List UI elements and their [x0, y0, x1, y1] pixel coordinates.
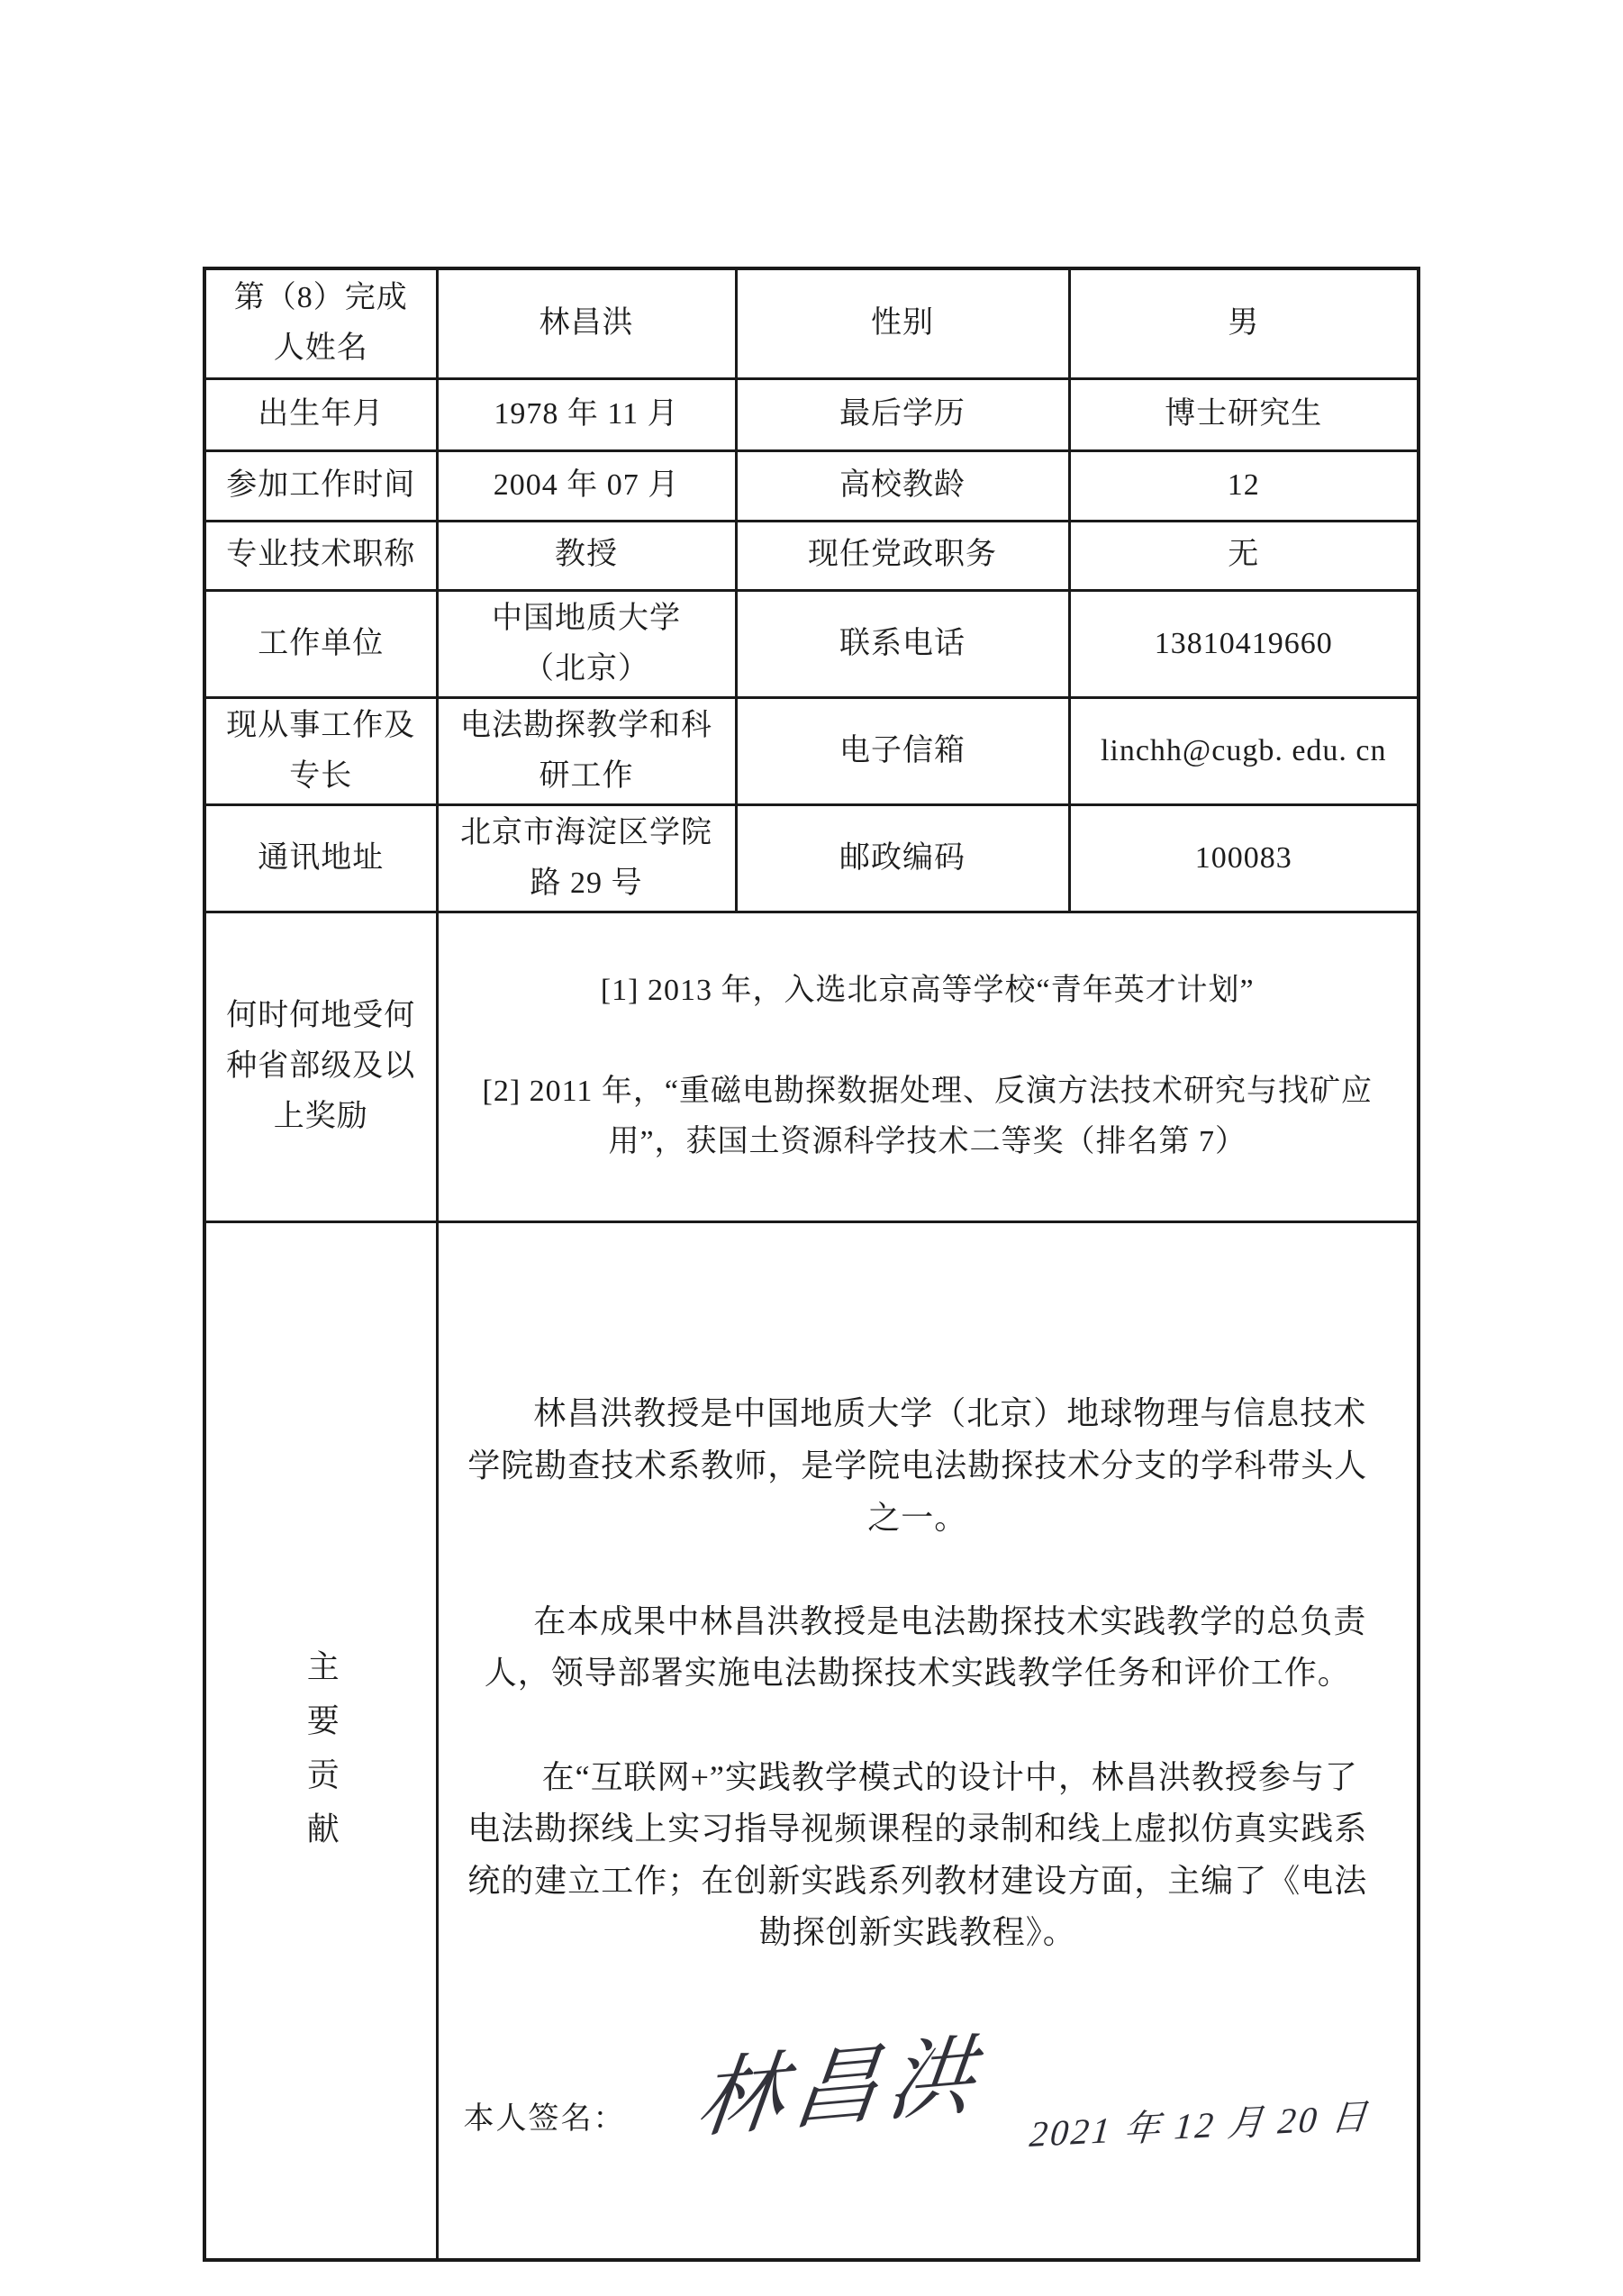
- main-contributions-label: 主要贡献: [204, 1221, 437, 2260]
- gender-label: 性别: [736, 268, 1069, 378]
- teaching-years-label: 高校教龄: [736, 450, 1069, 521]
- phone-label: 联系电话: [736, 590, 1069, 697]
- table-row: 通讯地址 北京市海淀区学院 路 29 号 邮政编码 100083: [204, 804, 1419, 912]
- gender-value: 男: [1069, 268, 1419, 378]
- professional-title-label: 专业技术职称: [204, 521, 437, 590]
- table-row: 出生年月 1978 年 11 月 最后学历 博士研究生: [204, 378, 1419, 450]
- table-row: 主要贡献 林昌洪教授是中国地质大学（北京）地球物理与信息技术学院勘查技术系教师，…: [204, 1221, 1419, 2260]
- contribution-paragraph: 在“互联网+”实践教学模式的设计中，林昌洪教授参与了电法勘探线上实习指导视频课程…: [464, 1752, 1373, 1959]
- email-label: 电子信箱: [736, 697, 1069, 804]
- awards-label: 何时何地受何 种省部级及以 上奖励: [204, 912, 437, 1222]
- table-row: 专业技术职称 教授 现任党政职务 无: [204, 521, 1419, 590]
- current-work-label: 现从事工作及 专长: [204, 697, 437, 804]
- postal-code-label: 邮政编码: [736, 804, 1069, 912]
- awards-content: [1] 2013 年，入选北京高等学校“青年英才计划” [2] 2011 年，“…: [437, 912, 1419, 1222]
- table-row: 参加工作时间 2004 年 07 月 高校教龄 12: [204, 450, 1419, 521]
- main-contributions-inner: 林昌洪教授是中国地质大学（北京）地球物理与信息技术学院勘查技术系教师，是学院电法…: [444, 1275, 1412, 2206]
- signature-row: 本人签名： 林昌洪 2021 年 12 月 20 日: [444, 2035, 1412, 2170]
- mailing-address-value: 北京市海淀区学院 路 29 号: [437, 804, 736, 912]
- birthdate-label: 出生年月: [204, 378, 437, 450]
- document-page: 第（8）完成 人姓名 林昌洪 性别 男 出生年月 1978 年 11 月 最后学…: [0, 0, 1623, 2296]
- contribution-paragraph: 在本成果中林昌洪教授是电法勘探技术实践教学的总负责人，领导部署实施电法勘探技术实…: [464, 1596, 1373, 1700]
- completer-name-label: 第（8）完成 人姓名: [204, 268, 437, 378]
- contribution-paragraphs: 林昌洪教授是中国地质大学（北京）地球物理与信息技术学院勘查技术系教师，是学院电法…: [444, 1326, 1412, 2011]
- employer-label: 工作单位: [204, 590, 437, 697]
- contribution-paragraph: 林昌洪教授是中国地质大学（北京）地球物理与信息技术学院勘查技术系教师，是学院电法…: [464, 1388, 1373, 1544]
- final-degree-label: 最后学历: [736, 378, 1069, 450]
- award-item: [1] 2013 年，入选北京高等学校“青年英才计划”: [444, 966, 1412, 1016]
- party-position-value: 无: [1069, 521, 1419, 590]
- table-row: 现从事工作及 专长 电法勘探教学和科 研工作 电子信箱 linchh@cugb.…: [204, 697, 1419, 804]
- signature-prefix-label: 本人签名：: [464, 2094, 626, 2145]
- work-start-label: 参加工作时间: [204, 450, 437, 521]
- main-contributions-label-text: 主要贡献: [304, 1649, 337, 1865]
- personnel-info-table: 第（8）完成 人姓名 林昌洪 性别 男 出生年月 1978 年 11 月 最后学…: [203, 267, 1420, 2262]
- work-start-value: 2004 年 07 月: [437, 450, 736, 521]
- mailing-address-label: 通讯地址: [204, 804, 437, 912]
- award-item: [2] 2011 年，“重磁电勘探数据处理、反演方法技术研究与找矿应用”，获国土…: [444, 1066, 1412, 1167]
- main-contributions-content: 林昌洪教授是中国地质大学（北京）地球物理与信息技术学院勘查技术系教师，是学院电法…: [437, 1221, 1419, 2260]
- current-work-value: 电法勘探教学和科 研工作: [437, 697, 736, 804]
- birthdate-value: 1978 年 11 月: [437, 378, 736, 450]
- email-value: linchh@cugb. edu. cn: [1069, 697, 1419, 804]
- final-degree-value: 博士研究生: [1069, 378, 1419, 450]
- teaching-years-value: 12: [1069, 450, 1419, 521]
- completer-name-value: 林昌洪: [437, 268, 736, 378]
- table-row: 第（8）完成 人姓名 林昌洪 性别 男: [204, 268, 1419, 378]
- party-position-label: 现任党政职务: [736, 521, 1069, 590]
- postal-code-value: 100083: [1069, 804, 1419, 912]
- professional-title-value: 教授: [437, 521, 736, 590]
- handwritten-signature: 林昌洪: [689, 2003, 993, 2173]
- table-row: 何时何地受何 种省部级及以 上奖励 [1] 2013 年，入选北京高等学校“青年…: [204, 912, 1419, 1222]
- table-row: 工作单位 中国地质大学 （北京） 联系电话 13810419660: [204, 590, 1419, 697]
- handwritten-date: 2021 年 12 月 20 日: [1027, 2087, 1372, 2164]
- employer-value: 中国地质大学 （北京）: [437, 590, 736, 697]
- phone-value: 13810419660: [1069, 590, 1419, 697]
